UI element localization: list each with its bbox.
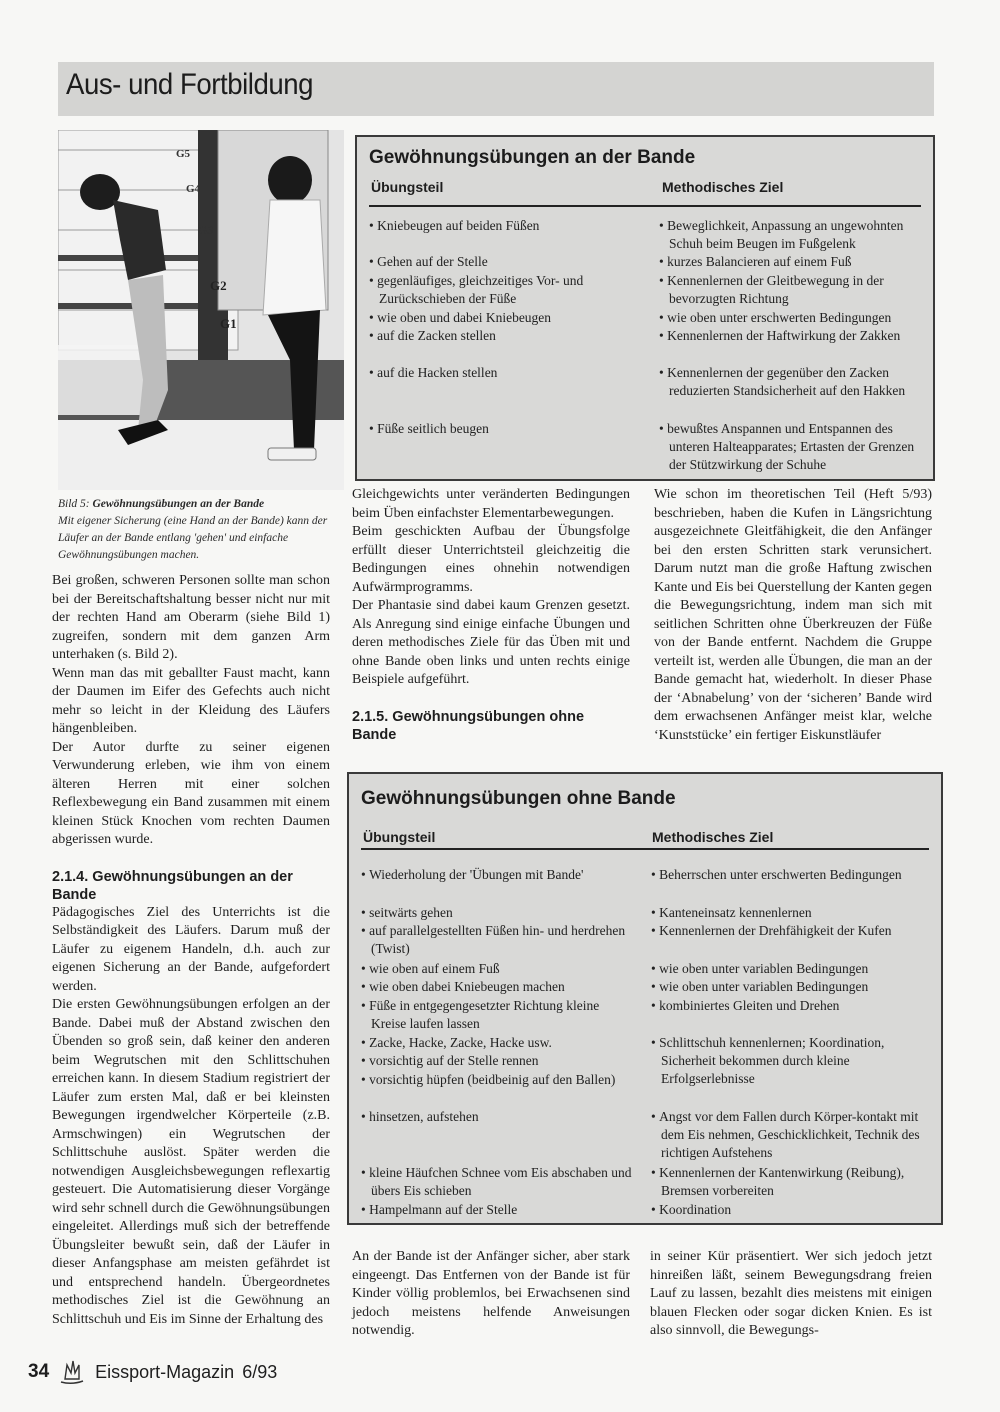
box-title: Gewöhnungsübungen ohne Bande bbox=[361, 788, 676, 810]
bottom-middle-column: An der Bande ist der Anfänger sicher, ab… bbox=[352, 1248, 630, 1341]
page-footer: 34 Eissport-Magazin 6/93 bbox=[28, 1357, 277, 1387]
caption-title: Gewöhnungsübungen an der Bande bbox=[93, 498, 265, 510]
exercise-item: gegenläufiges, gleichzeitiges Vor- und Z… bbox=[369, 272, 644, 308]
left-column: Bei großen, schweren Personen sollte man… bbox=[52, 572, 330, 1329]
exercise-item: auf die Hacken stellen bbox=[369, 364, 649, 382]
caption-text: Mit eigener Sicherung (eine Hand an der … bbox=[58, 515, 327, 561]
exercise-item: seitwärts gehen bbox=[361, 904, 646, 922]
middle-column: Gleichgewichts unter veränderten Bedingu… bbox=[352, 486, 630, 744]
goal-item: Kennenlernen der Drehfähigkeit der Kufen bbox=[651, 922, 931, 940]
column-header-uebungsteil: Übungsteil bbox=[371, 179, 443, 195]
exercise-item: Hampelmann auf der Stelle bbox=[361, 1201, 646, 1219]
row-label-g1: G1 bbox=[220, 316, 237, 331]
exercise-item: Gehen auf der Stelle bbox=[369, 253, 649, 271]
exercise-item: Füße in entgegengesetzter Richtung klein… bbox=[361, 997, 616, 1033]
paragraph: Die ersten Gewöhnungsübungen erfolgen an… bbox=[52, 996, 330, 1329]
skater-logo-icon bbox=[57, 1357, 87, 1387]
row-label-g2: G2 bbox=[210, 278, 227, 293]
row-label-g4: G4 bbox=[186, 183, 201, 195]
goal-item: Angst vor dem Fallen durch Körper-kontak… bbox=[651, 1108, 931, 1162]
exercise-item: wie oben dabei Kniebeugen machen bbox=[361, 978, 646, 996]
goal-item: wie oben unter erschwerten Bedingungen bbox=[659, 309, 931, 327]
goal-item: Kennenlernen der Kantenwirkung (Reibung)… bbox=[651, 1164, 931, 1200]
row-label-g3: G3 bbox=[198, 223, 213, 237]
box-title: Gewöhnungsübungen an der Bande bbox=[369, 147, 695, 169]
header-rule bbox=[369, 205, 921, 207]
exercise-box-an-der-bande: Gewöhnungsübungen an der Bande Übungstei… bbox=[355, 135, 935, 481]
magazine-name: Eissport-Magazin bbox=[95, 1362, 234, 1383]
exercise-item: vorsichtig hüpfen (beidbeinig auf den Ba… bbox=[361, 1071, 646, 1089]
page-number: 34 bbox=[28, 1361, 49, 1383]
paragraph: in seiner Kür präsentiert. Wer sich jedo… bbox=[650, 1248, 932, 1341]
goal-item: Kennenlernen der Haftwirkung der Zakken bbox=[659, 327, 931, 345]
exercise-item: auf parallelgestellten Füßen hin- und he… bbox=[361, 922, 641, 958]
right-column: Wie schon im theoretischen Teil (Heft 5/… bbox=[654, 486, 932, 745]
column-header-methodisches-ziel: Methodisches Ziel bbox=[662, 179, 783, 195]
paragraph: Der Phantasie sind dabei kaum Grenzen ge… bbox=[352, 597, 630, 690]
paragraph: Gleichgewichts unter veränderten Bedingu… bbox=[352, 486, 630, 523]
paragraph: Der Autor durfte zu seiner eigenen Verwu… bbox=[52, 739, 330, 850]
photo-illustration: G5 G4 G3 G2 G1 bbox=[58, 130, 344, 490]
row-label-g5: G5 bbox=[176, 148, 191, 160]
goal-item: wie oben unter variablen Bedingungen bbox=[651, 978, 931, 996]
exercise-item: Wiederholung der 'Übungen mit Bande' bbox=[361, 866, 646, 884]
exercise-item: wie oben auf einem Fuß bbox=[361, 960, 646, 978]
goal-item: Kennenlernen der Gleitbewegung in der be… bbox=[659, 272, 931, 308]
exercise-item: wie oben und dabei Kniebeugen bbox=[369, 309, 649, 327]
column-header-uebungsteil: Übungsteil bbox=[363, 829, 435, 845]
bottom-right-column: in seiner Kür präsentiert. Wer sich jedo… bbox=[650, 1248, 932, 1341]
exercise-item: Kniebeugen auf beiden Füßen bbox=[369, 217, 649, 235]
section-header-band: Aus- und Fortbildung bbox=[58, 62, 934, 116]
photo-bild-5: G5 G4 G3 G2 G1 bbox=[58, 130, 344, 490]
goal-item: Beweglichkeit, Anpassung an ungewohnten … bbox=[659, 217, 931, 253]
section-heading-2-1-5: 2.1.5. Gewöhnungsübungen ohne Bande bbox=[352, 708, 630, 744]
goal-item: wie oben unter variablen Bedingungen bbox=[651, 960, 931, 978]
column-header-methodisches-ziel: Methodisches Ziel bbox=[652, 829, 773, 845]
goal-item: kurzes Balancieren auf einem Fuß bbox=[659, 253, 931, 271]
goal-item: Schlittschuh kennenlernen; Koordination,… bbox=[651, 1034, 931, 1088]
issue-number: 6/93 bbox=[242, 1362, 277, 1383]
exercise-item: vorsichtig auf der Stelle rennen bbox=[361, 1052, 646, 1070]
goal-item: Kanteneinsatz kennenlernen bbox=[651, 904, 931, 922]
goal-item: Beherrschen unter erschwerten Bedingunge… bbox=[651, 866, 931, 884]
paragraph: Pädagogisches Ziel des Unterrichts ist d… bbox=[52, 904, 330, 997]
paragraph: Beim geschickten Aufbau der Übungsfolge … bbox=[352, 523, 630, 597]
paragraph: Bei großen, schweren Personen sollte man… bbox=[52, 572, 330, 665]
exercise-item: kleine Häufchen Schnee vom Eis abschaben… bbox=[361, 1164, 646, 1200]
exercise-item: auf die Zacken stellen bbox=[369, 327, 649, 345]
header-rule bbox=[361, 848, 929, 850]
caption-label: Bild 5: bbox=[58, 498, 90, 510]
paragraph: Wenn man das mit geballter Faust macht, … bbox=[52, 665, 330, 739]
section-title: Aus- und Fortbildung bbox=[66, 68, 313, 102]
goal-item: kombiniertes Gleiten und Drehen bbox=[651, 997, 931, 1015]
exercise-item: Zacke, Hacke, Zacke, Hacke usw. bbox=[361, 1034, 646, 1052]
paragraph: An der Bande ist der Anfänger sicher, ab… bbox=[352, 1248, 630, 1341]
exercise-item: hinsetzen, aufstehen bbox=[361, 1108, 646, 1126]
goal-item: bewußtes Anspannen und Entspannen des un… bbox=[659, 420, 931, 474]
exercise-box-ohne-bande: Gewöhnungsübungen ohne Bande Übungsteil … bbox=[347, 772, 943, 1225]
exercise-item: Füße seitlich beugen bbox=[369, 420, 649, 438]
photo-caption: Bild 5: Gewöhnungsübungen an der Bande M… bbox=[58, 496, 344, 564]
section-heading-2-1-4: 2.1.4. Gewöhnungsübungen an der Bande bbox=[52, 868, 330, 904]
goal-item: Kennenlernen der gegenüber den Zacken re… bbox=[659, 364, 931, 400]
paragraph: Wie schon im theoretischen Teil (Heft 5/… bbox=[654, 486, 932, 745]
goal-item: Koordination bbox=[651, 1201, 931, 1219]
